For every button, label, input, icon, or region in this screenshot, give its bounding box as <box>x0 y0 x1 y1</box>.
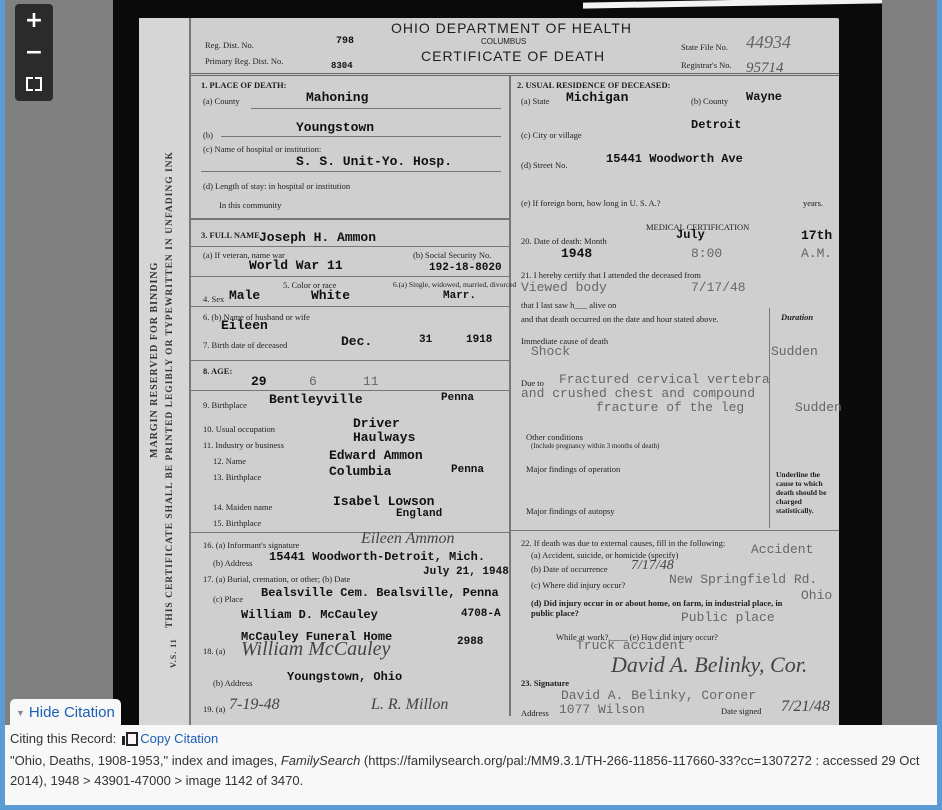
where-state: Ohio <box>801 588 832 603</box>
date-signed: 7/21/48 <box>781 698 830 716</box>
occupation-value: Driver <box>353 416 400 431</box>
director-license: 4708-A <box>461 608 501 620</box>
birthplace-state: Penna <box>441 392 474 404</box>
certificate-header: Reg. Dist. No. 798 Primary Reg. Dist. No… <box>191 18 839 76</box>
zoom-out-button[interactable]: − <box>15 36 53 68</box>
external-causes-label: 22. If death was due to external causes,… <box>521 538 725 548</box>
informant-address: 15441 Woodworth-Detroit, Mich. <box>269 550 485 564</box>
plus-icon: + <box>25 8 43 33</box>
caret-down-icon: ▼ <box>16 708 25 718</box>
street-label: (d) Street No. <box>521 160 568 170</box>
race-value: White <box>311 288 350 303</box>
margin-instruction: THIS CERTIFICATE SHALL BE PRINTED LEGIBL… <box>165 151 175 628</box>
copy-citation-label: Copy Citation <box>140 731 218 746</box>
operation-label: Major findings of operation <box>526 464 620 474</box>
residence-street: 15441 Woodworth Ave <box>606 152 743 166</box>
copy-citation-button[interactable]: Copy Citation <box>122 731 218 746</box>
certify-label: 21. I hereby certify that I attended the… <box>521 270 701 280</box>
mother-birthplace: England <box>396 508 442 520</box>
fullscreen-button[interactable] <box>15 68 53 100</box>
due-to-1: Fractured cervical vertebra <box>559 372 770 387</box>
burial-place-label: (c) Place <box>213 594 243 604</box>
signer-address-label: Address <box>521 708 549 718</box>
mother-name: Isabel Lowson <box>333 494 434 509</box>
immediate-duration: Sudden <box>771 344 818 359</box>
margin-note: MARGIN RESERVED FOR BINDING <box>149 262 160 458</box>
burial-date: July 21, 1948 <box>423 566 509 578</box>
residence-state: Michigan <box>566 90 628 105</box>
death-county: Mahoning <box>306 90 368 105</box>
burial-label: 17. (a) Burial, cremation, or other; (b)… <box>203 574 350 584</box>
where-value: New Springfield Rd. <box>669 572 817 587</box>
form-code: V.S. 11 <box>169 638 178 668</box>
due-to-3: fracture of the leg <box>596 400 744 415</box>
duration-label: Duration <box>781 312 813 322</box>
fd-signature: William McCauley <box>241 638 390 661</box>
fullscreen-icon <box>26 77 42 91</box>
informant-signature: Eileen Ammon <box>361 530 454 548</box>
place-of-death-heading: 1. PLACE OF DEATH: <box>201 80 286 90</box>
birthplace-city: Bentleyville <box>269 392 363 407</box>
citation-text: "Ohio, Deaths, 1908-1953," index and ima… <box>10 751 930 791</box>
hospital-name: S. S. Unit-Yo. Hosp. <box>296 154 452 169</box>
full-name-label: 3. FULL NAME <box>201 230 260 240</box>
certificate-title: CERTIFICATE OF DEATH <box>421 48 605 64</box>
fd-signature-label: 18. (a) <box>203 646 225 656</box>
other-conditions-label: Other conditions <box>526 432 583 442</box>
due-to-2: and crushed chest and compound <box>521 386 755 401</box>
coroner-signature: David A. Belinky, Cor. <box>611 652 807 678</box>
marital-label: 6.(a) Single, widowed, married, divorced <box>393 280 516 289</box>
sex-value: Male <box>229 288 260 303</box>
copy-icon <box>122 732 136 745</box>
zoom-in-button[interactable]: + <box>15 4 53 36</box>
ssn-value: 192-18-8020 <box>429 262 502 274</box>
other-conditions-hint: (Include pregnancy within 3 months of de… <box>531 442 659 450</box>
community-label: In this community <box>219 200 281 210</box>
reg-dist-label: Reg. Dist. No. <box>205 40 254 50</box>
department-city: COLUMBUS <box>481 37 526 46</box>
occurrence-label: (b) Date of occurrence <box>531 564 608 574</box>
department-title: OHIO DEPARTMENT OF HEALTH <box>391 20 632 36</box>
citation-panel: Citing this Record: Copy Citation "Ohio,… <box>5 725 937 805</box>
fd-address: Youngstown, Ohio <box>287 670 402 684</box>
date-signed-label: Date signed <box>721 706 761 716</box>
due-to-duration: Sudden <box>795 400 842 415</box>
funeral-license: 2988 <box>457 636 483 648</box>
ssn-label: (b) Social Security No. <box>413 250 491 260</box>
residence-city: Detroit <box>691 118 741 132</box>
how-value: Truck accident <box>576 638 685 653</box>
age-label: 8. AGE: <box>203 366 232 376</box>
father-birth-state: Penna <box>451 464 484 476</box>
burial-place: Bealsville Cem. Bealsville, Penna <box>261 586 499 600</box>
birthplace-label: 9. Birthplace <box>203 400 247 410</box>
minus-icon: − <box>25 40 43 65</box>
dod-day: 17th <box>801 228 832 243</box>
age-months: 6 <box>309 374 317 389</box>
mother-birthplace-label: 15. Birthplace <box>213 518 261 528</box>
informant-label: 16. (a) Informant's signature <box>203 540 299 550</box>
accident-value: Accident <box>751 542 813 557</box>
dod-year: 1948 <box>561 246 592 261</box>
zoom-controls: + − <box>15 4 53 101</box>
where-label: (c) Where did injury occur? <box>531 580 625 590</box>
received-label: 19. (a) <box>203 704 225 714</box>
fd-address-label: (b) Address <box>213 678 252 688</box>
stay-label: (d) Length of stay: in hospital or insti… <box>203 181 350 191</box>
binding-margin: MARGIN RESERVED FOR BINDING THIS CERTIFI… <box>139 18 191 730</box>
signer-name: David A. Belinky, Coroner <box>561 688 756 703</box>
father-birthplace-label: 13. Birthplace <box>213 472 261 482</box>
dod-minute: A.M. <box>801 246 832 261</box>
occurrence-date: 7/17/48 <box>631 558 674 574</box>
deceased-name: Joseph H. Ammon <box>259 230 376 245</box>
industry-label: 11. Industry or business <box>203 440 284 450</box>
sex-label: 4. Sex <box>203 294 224 304</box>
registrar-value: 95714 <box>746 60 784 77</box>
county-label: (a) County <box>203 96 240 106</box>
dod-label: 20. Date of death: Month <box>521 236 607 246</box>
image-viewer[interactable]: MARGIN RESERVED FOR BINDING THIS CERTIFI… <box>5 0 937 805</box>
hospital-label: (c) Name of hospital or institution: <box>203 144 321 154</box>
death-city: Youngstown <box>296 120 374 135</box>
citation-source: FamilySearch <box>281 753 360 768</box>
hide-citation-label: Hide Citation <box>29 704 115 721</box>
veteran-war: World War 11 <box>249 258 343 273</box>
birth-year: 1918 <box>466 334 492 346</box>
immediate-cause: Shock <box>531 344 570 359</box>
dod-month: July <box>676 228 705 242</box>
birth-month: Dec. <box>341 334 372 349</box>
reg-dist-value: 798 <box>336 36 354 47</box>
city-label: (b) <box>203 130 213 140</box>
signature-label: 23. Signature <box>521 678 569 688</box>
residence-heading: 2. USUAL RESIDENCE OF DECEASED: <box>517 80 670 90</box>
informant-address-label: (b) Address <box>213 558 252 568</box>
residence-county: Wayne <box>746 90 782 104</box>
occurred-label: and that death occurred on the date and … <box>521 314 771 324</box>
spouse-name: Eileen <box>221 318 268 333</box>
underline-note: Underline the cause to which death shoul… <box>776 470 836 515</box>
occupation-label: 10. Usual occupation <box>203 424 275 434</box>
residence-city-label: (c) City or village <box>521 130 582 140</box>
autopsy-label: Major findings of autopsy <box>526 506 615 516</box>
document-scan: MARGIN RESERVED FOR BINDING THIS CERTIFI… <box>113 0 882 730</box>
industry-value: Haulways <box>353 430 415 445</box>
dod-hour: 8:00 <box>691 246 722 261</box>
primary-reg-value: 8304 <box>331 61 353 71</box>
marital-value: Marr. <box>443 290 476 302</box>
registrar-signature: L. R. Millon <box>371 696 448 714</box>
age-days: 11 <box>363 374 379 389</box>
citing-label: Citing this Record: <box>10 731 116 746</box>
years-label: years. <box>803 198 823 208</box>
death-certificate: MARGIN RESERVED FOR BINDING THIS CERTIFI… <box>139 18 839 730</box>
residence-county-label: (b) County <box>691 96 728 106</box>
birth-day: 31 <box>419 334 432 346</box>
received-date: 7-19-48 <box>229 696 280 714</box>
age-years: 29 <box>251 374 267 389</box>
foreign-label: (e) If foreign born, how long in U. S. A… <box>521 198 661 208</box>
father-name-label: 12. Name <box>213 456 246 466</box>
father-name: Edward Ammon <box>329 448 423 463</box>
attended-to: 7/17/48 <box>691 280 746 295</box>
hide-citation-toggle[interactable]: ▼ Hide Citation <box>10 699 121 726</box>
signer-address: 1077 Wilson <box>559 702 645 717</box>
birth-label: 7. Birth date of deceased <box>203 340 287 350</box>
last-saw-label: that I last saw h___ alive on <box>521 300 616 310</box>
state-file-value: 44934 <box>746 32 791 53</box>
place-type: Public place <box>681 610 775 625</box>
primary-reg-label: Primary Reg. Dist. No. <box>205 56 283 66</box>
citation-text-pre: "Ohio, Deaths, 1908-1953," index and ima… <box>10 753 281 768</box>
attended-from: Viewed body <box>521 280 607 295</box>
state-label: (a) State <box>521 96 550 106</box>
mother-name-label: 14. Maiden name <box>213 502 272 512</box>
funeral-director: William D. McCauley <box>241 608 378 622</box>
state-file-label: State File No. <box>681 42 728 52</box>
registrar-label: Registrar's No. <box>681 60 732 70</box>
father-birth-city: Columbia <box>329 464 391 479</box>
